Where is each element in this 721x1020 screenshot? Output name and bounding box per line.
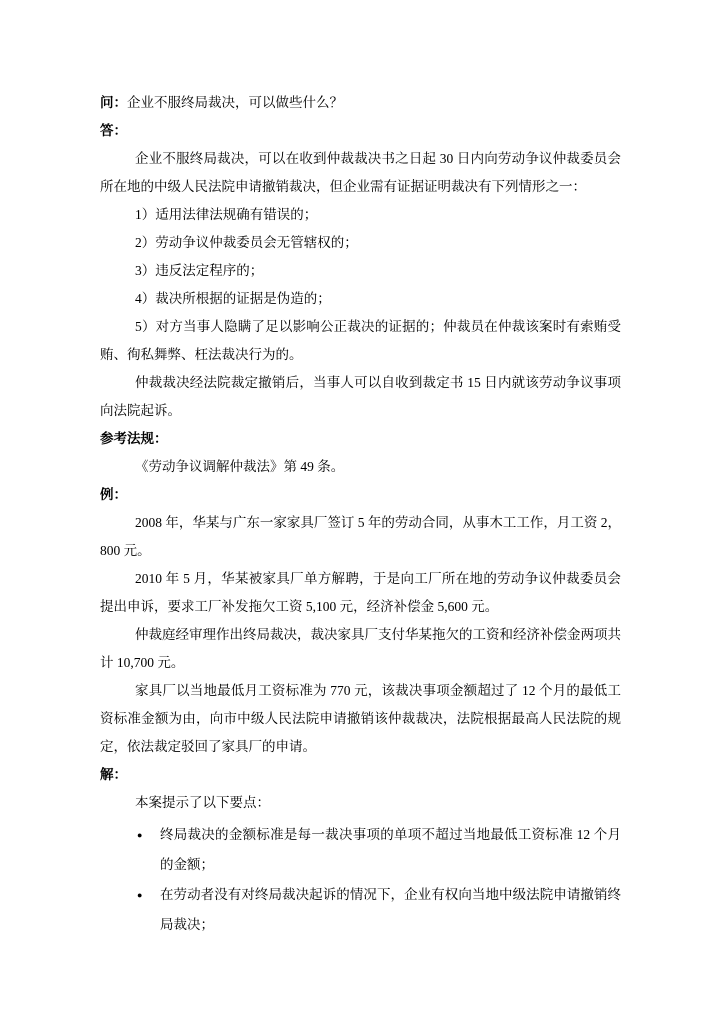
document-page: 问：企业不服终局裁决，可以做些什么？ 答： 企业不服终局裁决，可以在收到仲裁裁决…	[0, 0, 721, 1020]
example-paragraph-4: 家具厂以当地最低月工资标准为 770 元，该裁决事项金额超过了 12 个月的最低…	[100, 677, 621, 761]
solution-bullet-2: 在劳动者没有对终局裁决起诉的情况下，企业有权向当地中级法院申请撤销终局裁决；	[160, 880, 621, 940]
reference-law-text: 《劳动争议调解仲裁法》第 49 条。	[100, 453, 621, 481]
answer-closing-paragraph: 仲裁裁决经法院裁定撤销后，当事人可以自收到裁定书 15 日内就该劳动争议事项向法…	[100, 369, 621, 425]
condition-item-5: 5）对方当事人隐瞒了足以影响公正裁决的证据的；仲裁员在仲裁该案时有索贿受贿、徇私…	[100, 313, 621, 369]
reference-law-label: 参考法规：	[100, 425, 621, 453]
condition-item-3: 3）违反法定程序的；	[100, 257, 621, 285]
bullet-icon: ●	[137, 820, 160, 880]
condition-item-1: 1）适用法律法规确有错误的；	[100, 201, 621, 229]
solution-intro: 本案提示了以下要点：	[100, 789, 621, 817]
solution-label: 解：	[100, 761, 621, 789]
list-item: ● 在劳动者没有对终局裁决起诉的情况下，企业有权向当地中级法院申请撤销终局裁决；	[100, 880, 621, 940]
question-text: 企业不服终局裁决，可以做些什么？	[127, 95, 343, 110]
example-paragraph-3: 仲裁庭经审理作出终局裁决，裁决家具厂支付华某拖欠的工资和经济补偿金两项共计 10…	[100, 621, 621, 677]
list-item: ● 终局裁决的金额标准是每一裁决事项的单项不超过当地最低工资标准 12 个月的金…	[100, 820, 621, 880]
answer-intro-paragraph: 企业不服终局裁决，可以在收到仲裁裁决书之日起 30 日内向劳动争议仲裁委员会所在…	[100, 145, 621, 201]
condition-item-2: 2）劳动争议仲裁委员会无管辖权的；	[100, 229, 621, 257]
example-paragraph-2: 2010 年 5 月，华某被家具厂单方解聘，于是向工厂所在地的劳动争议仲裁委员会…	[100, 565, 621, 621]
question-line: 问：企业不服终局裁决，可以做些什么？	[100, 89, 621, 117]
bullet-icon: ●	[137, 880, 160, 940]
condition-item-4: 4）裁决所根据的证据是伪造的；	[100, 285, 621, 313]
answer-label: 答：	[100, 117, 621, 145]
question-label: 问：	[100, 95, 127, 110]
solution-bullet-1: 终局裁决的金额标准是每一裁决事项的单项不超过当地最低工资标准 12 个月的金额；	[160, 820, 621, 880]
solution-bullet-list: ● 终局裁决的金额标准是每一裁决事项的单项不超过当地最低工资标准 12 个月的金…	[100, 817, 621, 940]
example-label: 例：	[100, 481, 621, 509]
example-paragraph-1: 2008 年，华某与广东一家家具厂签订 5 年的劳动合同，从事木工工作，月工资 …	[100, 509, 621, 565]
